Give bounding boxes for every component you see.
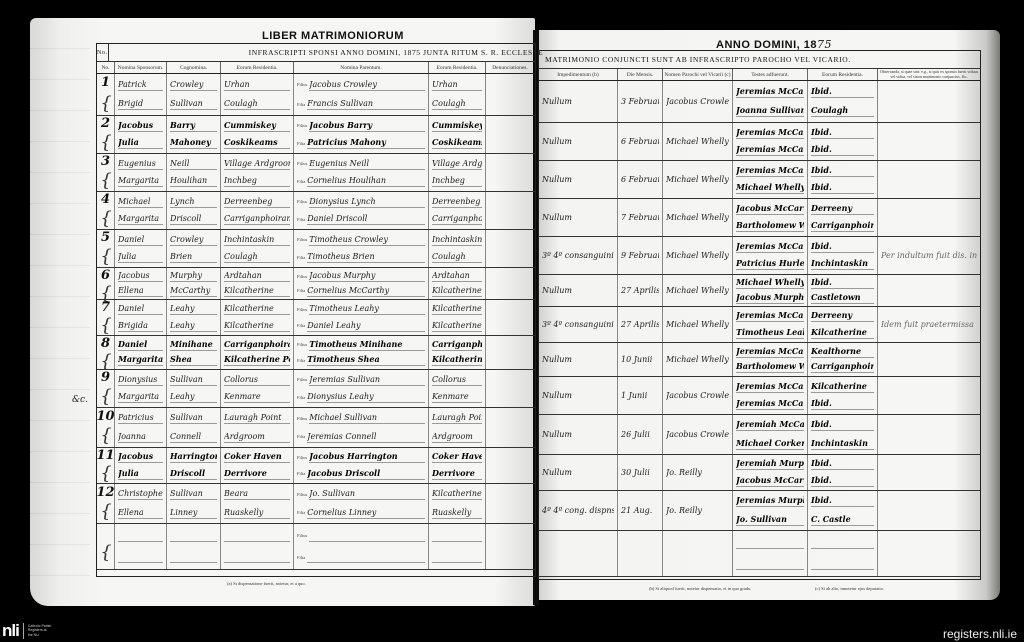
marriage-date: 9 Februarii [621,250,659,262]
groom-father: Timotheus Leahy [309,303,425,315]
surnames-cell: LeahyLeahy [167,300,221,335]
parent-residence-cell: CummiskeyCoskikeams [429,116,486,153]
col-residentia: Eorum Residentia. [221,62,294,73]
col-nomina-parentum: Nomina Parentum. [294,62,429,73]
denunciationes-cell [486,116,534,153]
spouse-names-cell: MichaelMargarita [115,192,167,229]
bride-father: Daniel Leahy [307,320,425,332]
logo-subtitle: Catholic Parish Registers at the NLI [28,624,58,638]
parents-cell: FiliusTimotheus CrowleyFiliaTimotheus Br… [294,230,429,267]
marriage-date: 27 Aprilis [621,285,659,297]
witness-1: Jacobus McCarthy [736,203,804,215]
filia-line: FiliaPatricius Mahony [297,137,425,149]
entry-number: 1 [101,75,110,90]
witnesses-cell: Jeremias McCarthyMichael Whelly [733,161,808,198]
entry-number-cell: 4{ [97,192,115,229]
parents-cell: FiliusJacobus CrowleyFiliaFrancis Sulliv… [294,74,429,115]
witnesses-cell: Jeremias McCarthyJeremias McCarthy [733,377,808,414]
priest-cell: Jo. Reilly [663,455,733,490]
entry-number: 11 [96,448,114,463]
parent-residence-cell: Coker HavenDerrivore [429,448,486,483]
parents-cell: FiliusJo. SullivanFiliaCornelius Linney [294,484,429,523]
witness-2-residence: Inchintaskin [811,258,874,270]
filia-label: Filia [297,555,305,560]
groom-residence: Beara [224,488,290,500]
impediment: Nullum [542,429,614,441]
register-entry-row: 11{JacobusJuliaHarringtonDriscollCoker H… [97,448,535,484]
col-die-mensis: Die Mensis. [618,69,663,80]
filia-label: Filia [297,255,305,260]
witness-2: Bartholomew Whelly [736,361,804,373]
register-entry-row-right: Nullum6 FebruariiMichael WhellyJeremias … [539,161,980,199]
brace-glyph: { [100,542,111,563]
witness-1: Jeremias McCarthy [736,381,804,393]
groom-parent-residence: Lauragh Point [432,412,482,424]
priest-cell: Michael Whelly [663,237,733,274]
witness-residence-cell: Ibid.Ibid. [808,455,878,490]
register-entry-row-right: 3º 4º consanguinitatis9 FebruariiMichael… [539,237,980,275]
priest-cell: Jacobus Crowley [663,81,733,122]
witnesses-cell: Jeremias McCarthyJoanna Sullivan [733,81,808,122]
right-ledger-table: MATRIMONIO CONJUNCTI SUNT AB INFRASCRIPT… [538,50,981,580]
parent-residence-cell [429,524,486,569]
left-page-title: LIBER MATRIMONIORUM [262,30,404,42]
observanda-cell [878,81,980,122]
witness-2: Bartholomew Whelly [736,220,804,232]
parent-residence-cell: UrhanCoulagh [429,74,486,115]
observation-note [881,285,977,297]
groom-surname: Minihane [170,339,217,351]
groom-father: Jo. Sullivan [309,488,425,500]
witnesses-cell: Jacobus McCarthyBartholomew Whelly [733,199,808,236]
witness-2-residence: Ibid. [811,475,874,487]
bride-father: Jeremias Connell [307,431,425,443]
groom-father: Eugenius Neill [309,158,425,170]
entry-number-cell: 9{ [97,370,115,407]
witness-1-residence: Ibid. [811,419,874,431]
filia-line: FiliaFrancis Sullivan [297,98,425,110]
priest-cell: Michael Whelly [663,161,733,198]
witness-1: Jeremiah Murphy [736,458,804,470]
bride-forename: Brigid [118,98,163,110]
entry-number-cell: 3{ [97,154,115,191]
bride-father: Francis Sullivan [307,98,425,110]
filia-label: Filius [297,307,307,312]
witnesses-cell: Jeremias McCarthyPatricius Hurley [733,237,808,274]
observanda-cell: Idem fuit praetermissa [878,307,980,342]
footnote-right-2: (c) Si ab alio, innotetur ejus deputatio… [815,586,884,591]
bride-parent-residence: Coulagh [432,251,482,263]
marriage-date [621,548,659,560]
observanda-cell [878,275,980,306]
brace-glyph: { [100,170,111,191]
marriage-date: 10 Junii [621,354,659,366]
denunciationes-cell [486,408,534,447]
bride-surname: Mahoney [170,137,217,149]
witness-1: Jeremias McCarthy [736,346,804,358]
bride-parent-residence: Kilcatherine Point [432,354,482,366]
witness-1: Jeremias McCarthy [736,241,804,253]
entry-number: 9 [101,370,110,385]
nli-logo-mark: nli [2,622,19,639]
witness-2: Patricius Hurley [736,258,804,270]
date-cell [618,531,663,576]
bride-residence: Kenmare [224,391,290,403]
groom-surname: Sullivan [170,374,217,386]
witness-1-residence: Ibid. [811,241,874,253]
denunciationes-cell [486,230,534,267]
witness-1-residence: Derreeny [811,203,874,215]
bride-surname: Sullivan [170,98,217,110]
filia-line: FiliaJeremias Connell [297,431,425,443]
brace-glyph: { [100,351,111,372]
groom-residence: Village Ardgroom [224,158,290,170]
parent-residence-cell: CollorusKenmare [429,370,486,407]
impediment [542,548,614,560]
witness-1-residence: Ibid. [811,277,874,289]
spouse-names-cell: EugeniusMargarita [115,154,167,191]
parent-residence-cell: DerreenbegCarriganphoirane [429,192,486,229]
observation-note [881,467,977,479]
officiating-priest [666,548,729,560]
bride-surname: Connell [170,431,217,443]
observation-note [881,136,977,148]
filia-line: FiliaDionysius Leahy [297,391,425,403]
witness-1: Michael Whelly [736,277,804,289]
parents-cell: FiliusEugenius NeillFiliaCornelius Houli… [294,154,429,191]
groom-surname: Harrington [170,451,217,463]
bride-forename: Julia [118,468,163,480]
entry-number: 6 [101,268,110,283]
groom-parent-residence: Cummiskey [432,120,482,132]
bride-residence: Ruaskelly [224,507,290,519]
priest-cell: Michael Whelly [663,307,733,342]
parent-residence-cell: InchintaskinCoulagh [429,230,486,267]
surnames-cell: CrowleySullivan [167,74,221,115]
observation-note [881,174,977,186]
witness-residence-cell: Ibid.Inchintaskin [808,237,878,274]
priest-cell: Michael Whelly [663,199,733,236]
col-nomina-sponsorum: Nomina Sponsorum. [115,62,167,73]
denunciationes-cell [486,300,534,335]
groom-surname: Crowley [170,234,217,246]
witness-1: Jeremias McCarthy [736,165,804,177]
bride-forename: Margarita [118,354,163,366]
source-watermark: registers.nli.ie [943,627,1017,641]
officiating-priest: Jacobus Crowley [666,390,729,402]
marriage-date: 6 Februarii [621,174,659,186]
bride-residence: Coskikeams [224,137,290,149]
groom-parent-residence: Ardtahan [432,270,482,282]
col-observanda: Observanda, si quae sint: e.g., si quis … [878,69,980,80]
groom-surname: Leahy [170,303,217,315]
bride-forename: Julia [118,137,163,149]
col-cognomina: Cognomina. [167,62,221,73]
left-column-headers: No. Nomina Sponsorum. Cognomina. Eorum R… [97,62,535,74]
witness-1-residence: Ibid. [811,127,874,139]
filia-line: FiliusTimotheus Minihane [297,339,425,351]
denunciationes-cell [486,370,534,407]
register-entry-row-right: 3º 4º consanguinitatis27 AprilisMichael … [539,307,980,343]
logo-sub-line-2: Registers at [28,628,47,632]
parents-cell: FiliusTimotheus MinihaneFiliaTimotheus S… [294,336,429,369]
footnote-right-1: (b) Si aliquod fuerit, notetur dispensat… [649,586,751,591]
surnames-cell: SullivanConnell [167,408,221,447]
bride-father: Cornelius McCarthy [307,285,425,297]
residence-cell: Village ArdgroomInchbeg [221,154,294,191]
impediment: Nullum [542,467,614,479]
groom-surname: Barry [170,120,217,132]
bride-surname: Driscoll [170,213,217,225]
residence-cell [221,524,294,569]
groom-forename: Christopherus [118,488,163,500]
brace-glyph: { [100,93,111,114]
denunciationes-cell [486,268,534,299]
filia-label: Filius [297,82,307,87]
bride-forename: Ellena [118,285,163,297]
denunciationes-cell [486,192,534,229]
brace-glyph: { [100,425,111,446]
register-entry-row: {FiliusFilia [97,524,535,570]
witness-2-residence: C. Castle [811,514,874,526]
witness-1-residence: Kealthorne [811,346,874,358]
parent-residence-cell: ArdtahanKilcatherine [429,268,486,299]
bride-parent-residence [432,551,482,563]
witness-residence-cell: KealthorneCarriganphoirane [808,343,878,376]
observanda-cell: Per indultum fuit dis. in conjunctis [878,237,980,274]
observation-note: Idem fuit praetermissa [881,319,977,331]
filia-label: Filia [297,323,305,328]
bride-parent-residence: Derrivore [432,468,482,480]
filia-line: FiliusJo. Sullivan [297,488,425,500]
residence-cell: DerreenbegCarriganphoirane [221,192,294,229]
col-parent-residentia: Eorum Residentia. [429,62,486,73]
officiating-priest: Michael Whelly [666,250,729,262]
filia-label: Filia [297,179,305,184]
filia-label: Filia [297,141,305,146]
filia-label: Filia [297,358,305,363]
date-cell: 27 Aprilis [618,275,663,306]
witness-1-residence: Derreeny [811,310,874,322]
impediment: 4º 4º cong. dispns. [542,505,614,517]
groom-forename: Daniel [118,339,163,351]
groom-residence [224,530,290,542]
brace-glyph: { [100,463,111,484]
bride-residence: Coulagh [224,98,290,110]
filia-line: FiliusJacobus Harrington [297,451,425,463]
register-entry-row-right: Nullum27 AprilisMichael WhellyMichael Wh… [539,275,980,307]
residence-cell: KilcatherineKilcatherine [221,300,294,335]
filia-line: FiliusMichael Sullivan [297,412,425,424]
filia-line: FiliaCornelius Linney [297,507,425,519]
marriage-date: 7 Februarii [621,212,659,224]
observanda-cell [878,199,980,236]
col-parochus: Nomen Parochi vel Vicarii (c) [663,69,733,80]
entry-number-cell: { [97,524,115,569]
filia-line: FiliaJacobus Driscoll [297,468,425,480]
residence-cell: CollorusKenmare [221,370,294,407]
filia-line: FiliusTimotheus Leahy [297,303,425,315]
observation-note [881,390,977,402]
marriage-date: 3 Februarii [621,96,659,108]
filia-label: Filius [297,492,307,497]
logo-divider [23,623,24,639]
surnames-cell: HarringtonDriscoll [167,448,221,483]
groom-father: Jacobus Murphy [309,270,425,282]
entry-number-cell: 6{ [97,268,115,299]
observanda-cell [878,415,980,454]
date-cell: 6 Februarii [618,161,663,198]
spouse-names-cell: PatriciusJoanna [115,408,167,447]
register-entry-row: 4{MichaelMargaritaLynchDriscollDerreenbe… [97,192,535,230]
observation-note: Per indultum fuit dis. in conjunctis [881,250,977,262]
register-entry-row-right: Nullum10 JuniiMichael WhellyJeremias McC… [539,343,980,377]
bride-parent-residence: Carriganphoirane [432,213,482,225]
left-ledger-table: No. INFRASCRIPTI SPONSI ANNO DOMINI, 187… [96,43,536,577]
entry-number-cell: 5{ [97,230,115,267]
impediment-cell: 3º 4º consanguinitatis [539,307,618,342]
witness-residence-cell: Ibid.Coulagh [808,81,878,122]
impediment-cell: Nullum [539,455,618,490]
impediment-cell: Nullum [539,123,618,160]
marriage-date: 1 Junii [621,390,659,402]
entry-number: 5 [101,230,110,245]
col-denunciationes: Denunciationes. [486,62,534,73]
spouse-names-cell: DionysiusMargarita [115,370,167,407]
parents-cell: FiliusJeremias SullivanFiliaDionysius Le… [294,370,429,407]
groom-residence: Ardtahan [224,270,290,282]
register-entry-row: 6{JacobusEllenaMurphyMcCarthyArdtahanKil… [97,268,535,300]
witness-1-residence: Ibid. [811,458,874,470]
groom-residence: Coker Haven [224,451,290,463]
surnames-cell: SullivanLinney [167,484,221,523]
groom-forename: Jacobus [118,270,163,282]
groom-surname: Murphy [170,270,217,282]
parents-cell: FiliusJacobus BarryFiliaPatricius Mahony [294,116,429,153]
parents-cell: FiliusDionysius LynchFiliaDaniel Driscol… [294,192,429,229]
filia-label: Filia [297,395,305,400]
witnesses-cell [733,531,808,576]
witness-1-residence: Ibid. [811,495,874,507]
register-entry-row: 12{ChristopherusEllenaSullivanLinneyBear… [97,484,535,524]
entry-number-cell: 1{ [97,74,115,115]
witness-2-residence: Ibid. [811,144,874,156]
entry-number: 3 [101,154,110,169]
witness-2: Michael Whelly [736,182,804,194]
groom-surname [170,530,217,542]
filia-label: Filius [297,237,307,242]
bride-residence [224,551,290,563]
impediment: Nullum [542,285,614,297]
impediment-cell: Nullum [539,81,618,122]
priest-cell: Jacobus Crowley [663,415,733,454]
filia-label: Filius [297,342,307,347]
entry-number-cell: 10{ [97,408,115,447]
banner-text: MATRIMONIO CONJUNCTI SUNT AB INFRASCRIPT… [539,55,851,64]
groom-parent-residence: Inchintaskin [432,234,482,246]
impediment-cell: Nullum [539,199,618,236]
filia-line: Filius [297,530,425,542]
filia-line: FiliusEugenius Neill [297,158,425,170]
bride-parent-residence: Coskikeams [432,137,482,149]
bride-father: Patricius Mahony [307,137,425,149]
bride-father: Timotheus Brien [307,251,425,263]
bride-surname: McCarthy [170,285,217,297]
witness-residence-cell: Ibid.Castletown [808,275,878,306]
bride-forename: Margarita [118,391,163,403]
witness-2: Jeremias McCarthy [736,398,804,410]
residence-cell: InchintaskinCoulagh [221,230,294,267]
witness-residence-cell: DerreenyCarriganphoirane [808,199,878,236]
witnesses-cell: Jeremias McCarthyTimotheus Leahy [733,307,808,342]
residence-cell: CummiskeyCoskikeams [221,116,294,153]
margin-ink-mark: &c. [72,395,88,405]
groom-residence: Cummiskey [224,120,290,132]
register-entry-row: 10{PatriciusJoannaSullivanConnellLauragh… [97,408,535,448]
witness-2-residence [811,558,874,570]
bride-surname: Driscoll [170,468,217,480]
col-impedimentum: Impedimentum (b) [539,69,618,80]
surnames-cell: SullivanLeahy [167,370,221,407]
groom-forename [118,530,163,542]
witness-residence-cell: Ibid.Inchintaskin [808,415,878,454]
witness-2-residence: Ibid. [811,182,874,194]
witness-2-residence: Inchintaskin [811,438,874,450]
surnames-cell: MurphyMcCarthy [167,268,221,299]
banner-no: No. [97,44,109,61]
entry-number-cell: 7{ [97,300,115,335]
residence-cell: CarriganphoiraneKilcatherine Point [221,336,294,369]
witness-1: Jeremiah McCarthy [736,419,804,431]
residence-cell: Lauragh PointArdgroom [221,408,294,447]
witness-2: Timotheus Leahy [736,327,804,339]
officiating-priest: Michael Whelly [666,285,729,297]
entry-number-cell: 8{ [97,336,115,369]
priest-cell: Michael Whelly [663,123,733,160]
groom-surname: Crowley [170,79,217,91]
observanda-cell [878,123,980,160]
register-entry-row-right: 4º 4º cong. dispns.21 Aug.Jo. ReillyJere… [539,491,980,531]
groom-residence: Carriganphoirane [224,339,290,351]
spouse-names-cell: PatrickBrigid [115,74,167,115]
witnesses-cell: Jeremias McCarthyBartholomew Whelly [733,343,808,376]
observation-note [881,354,977,366]
filia-line: FiliusTimotheus Crowley [297,234,425,246]
register-entry-row: 1{PatrickBrigidCrowleySullivanUrhanCoula… [97,74,535,116]
register-entry-row-right: Nullum30 JuliiJo. ReillyJeremiah MurphyJ… [539,455,980,491]
residence-cell: UrhanCoulagh [221,74,294,115]
officiating-priest: Michael Whelly [666,319,729,331]
witness-2: Jacobus Murphy [736,292,804,304]
observanda-cell [878,455,980,490]
brace-glyph: { [100,246,111,267]
witness-2-residence: Coulagh [811,105,874,117]
denunciationes-cell [486,484,534,523]
witnesses-cell: Jeremiah McCarthyMichael Corkery [733,415,808,454]
groom-residence: Kilcatherine [224,303,290,315]
filia-line: FiliusDionysius Lynch [297,196,425,208]
surnames-cell: NeillHoulihan [167,154,221,191]
witness-1: Jeremias Murphy [736,495,804,507]
parent-residence-cell: CarriganphoiraneKilcatherine Point [429,336,486,369]
parents-cell: FiliusTimotheus LeahyFiliaDaniel Leahy [294,300,429,335]
witness-2-residence: Castletown [811,292,874,304]
denunciationes-cell [486,74,534,115]
bride-surname [170,551,217,563]
impediment: Nullum [542,212,614,224]
groom-parent-residence: Carriganphoirane [432,339,482,351]
witnesses-cell: Michael WhellyJacobus Murphy [733,275,808,306]
